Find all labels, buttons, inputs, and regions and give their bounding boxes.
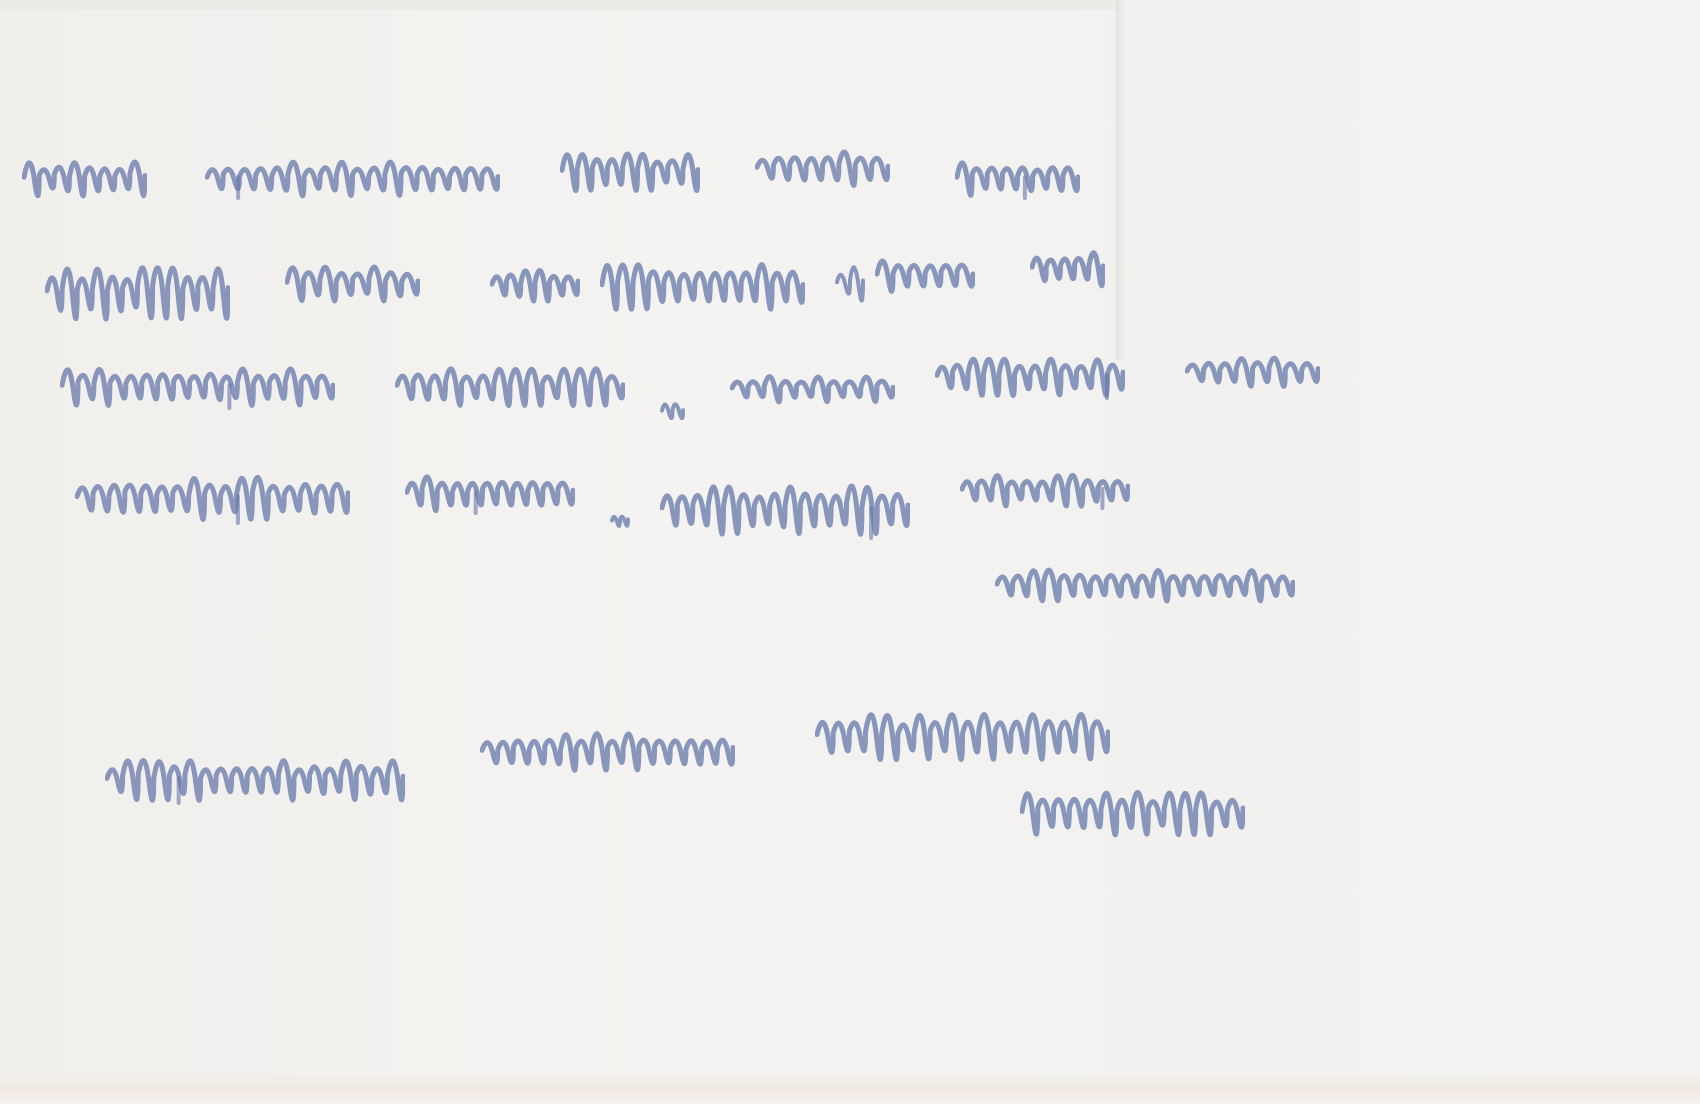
handwritten-word bbox=[730, 360, 895, 405]
handwritten-word bbox=[60, 345, 335, 410]
handwritten-word bbox=[75, 450, 350, 525]
handwritten-word bbox=[480, 710, 735, 775]
handwritten-word bbox=[600, 235, 805, 315]
handwritten-word bbox=[875, 240, 975, 295]
handwritten-word bbox=[755, 130, 890, 190]
handwritten-word bbox=[405, 455, 575, 515]
paper-bottom-edge bbox=[0, 1075, 1700, 1104]
handwritten-word bbox=[610, 505, 630, 530]
handwritten-word bbox=[285, 245, 420, 305]
handwritten-word bbox=[935, 335, 1125, 400]
handwritten-word bbox=[1185, 340, 1320, 390]
handwritten-word bbox=[205, 140, 500, 200]
handwritten-word bbox=[1030, 230, 1105, 290]
handwritten-word bbox=[22, 140, 147, 200]
handwritten-word bbox=[835, 245, 865, 305]
handwritten-word bbox=[960, 455, 1130, 510]
handwritten-word bbox=[45, 235, 230, 325]
handwritten-word bbox=[660, 455, 910, 540]
handwritten-word bbox=[995, 550, 1295, 605]
paper-top-edge bbox=[0, 0, 1116, 10]
handwritten-word bbox=[1020, 765, 1245, 840]
paper-right-edge bbox=[1116, 0, 1126, 360]
handwritten-word bbox=[660, 395, 685, 420]
handwritten-word bbox=[105, 735, 405, 805]
handwritten-word bbox=[490, 250, 580, 305]
handwritten-word bbox=[815, 685, 1110, 765]
handwritten-word bbox=[560, 130, 700, 195]
handwritten-word bbox=[395, 345, 625, 410]
handwritten-word bbox=[955, 140, 1080, 200]
